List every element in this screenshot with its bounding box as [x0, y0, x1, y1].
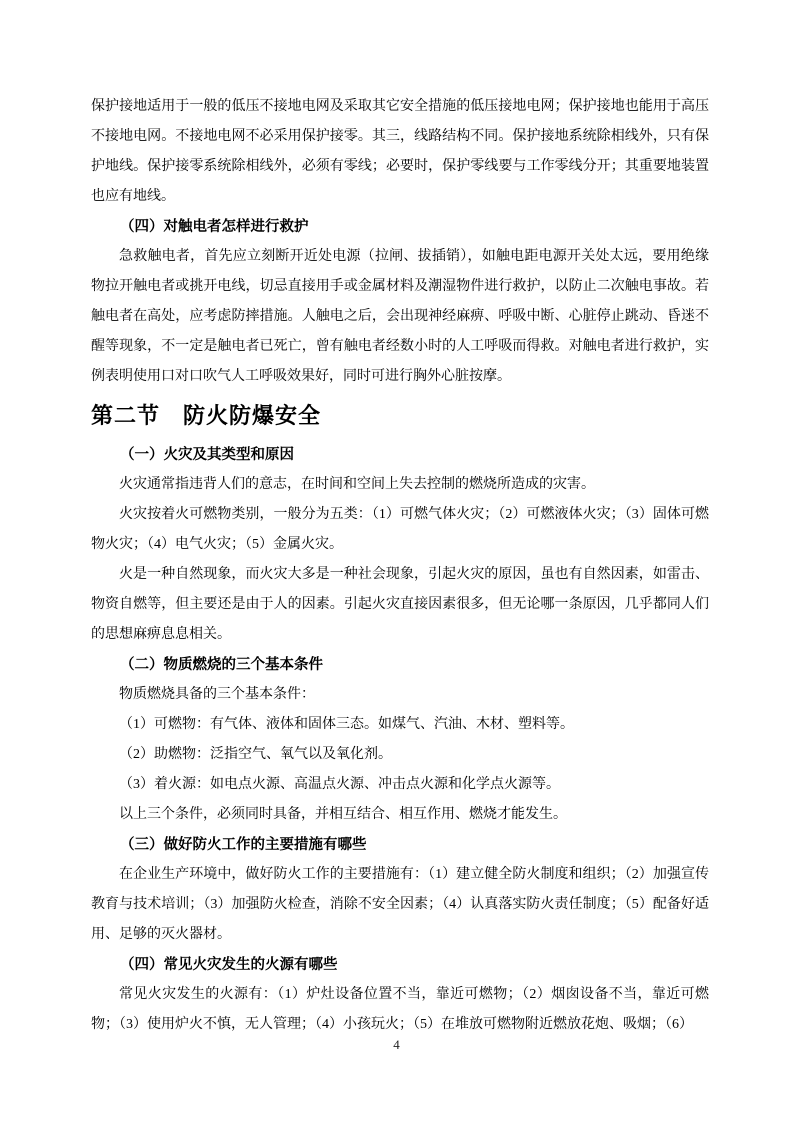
subsection-heading: （四）常见火灾发生的火源有哪些 [91, 950, 709, 980]
body-paragraph: 保护接地适用于一般的低压不接地电网及采取其它安全措施的低压接地电网；保护接地也能… [91, 92, 709, 212]
list-item: （2）助燃物：泛指空气、氧气以及氧化剂。 [91, 740, 709, 770]
page-footer: 4 [0, 1036, 793, 1054]
body-paragraph: 常见火灾发生的火源有：（1）炉灶设备位置不当，靠近可燃物；（2）烟囱设备不当，靠… [91, 980, 709, 1040]
body-paragraph: 在企业生产环境中，做好防火工作的主要措施有：（1）建立健全防火制度和组织；（2）… [91, 860, 709, 950]
page-number: 4 [393, 1037, 400, 1052]
body-paragraph: 火灾按着火可燃物类别，一般分为五类：（1）可燃气体火灾；（2）可燃液体火灾；（3… [91, 500, 709, 560]
subsection-heading: （四）对触电者怎样进行救护 [91, 212, 709, 242]
chapter-heading: 第二节 防火防爆安全 [91, 400, 709, 432]
subsection-heading: （三）做好防火工作的主要措施有哪些 [91, 830, 709, 860]
body-paragraph: 急救触电者，首先应立刻断开近处电源（拉闸、拔插销），如触电距电源开关处太远，要用… [91, 242, 709, 392]
list-item: （1）可燃物：有气体、液体和固体三态。如煤气、汽油、木材、塑料等。 [91, 710, 709, 740]
subsection-heading: （一）火灾及其类型和原因 [91, 440, 709, 470]
body-paragraph: 物质燃烧具备的三个基本条件： [91, 680, 709, 710]
list-item: （3）着火源：如电点火源、高温点火源、冲击点火源和化学点火源等。 [91, 770, 709, 800]
body-paragraph: 火灾通常指违背人们的意志，在时间和空间上失去控制的燃烧所造成的灾害。 [91, 470, 709, 500]
body-paragraph: 以上三个条件，必须同时具备，并相互结合、相互作用、燃烧才能发生。 [91, 800, 709, 830]
document-page: 保护接地适用于一般的低压不接地电网及采取其它安全措施的低压接地电网；保护接地也能… [0, 0, 793, 1122]
body-paragraph: 火是一种自然现象，而火灾大多是一种社会现象，引起火灾的原因，虽也有自然因素，如雷… [91, 560, 709, 650]
subsection-heading: （二）物质燃烧的三个基本条件 [91, 650, 709, 680]
document-content: 保护接地适用于一般的低压不接地电网及采取其它安全措施的低压接地电网；保护接地也能… [91, 92, 709, 1040]
